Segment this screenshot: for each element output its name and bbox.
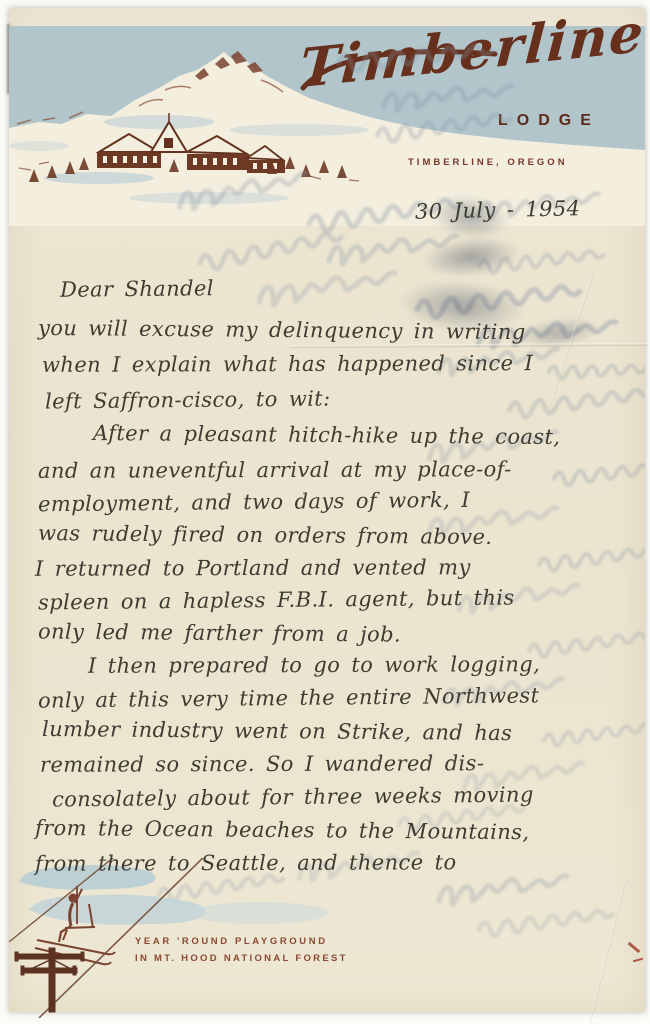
letter-line: only at this very time the entire Northw… bbox=[38, 683, 540, 712]
letter-line: when I explain what has happened since I bbox=[42, 351, 533, 377]
letter-salutation: Dear Shandel bbox=[60, 276, 214, 302]
letter-line: from the Ocean beaches to the Mountains, bbox=[35, 816, 530, 844]
letter-date: 30 July - 1954 bbox=[415, 196, 581, 223]
brand-lodge-label: LODGE bbox=[498, 112, 600, 130]
letter-line: left Saffron-cisco, to wit: bbox=[45, 387, 331, 414]
ink-smudge bbox=[419, 232, 523, 282]
letter-paper: Timberline LODGE TIMBERLINE, OREGON bbox=[9, 8, 645, 1012]
letterhead-location: TIMBERLINE, OREGON bbox=[408, 157, 568, 168]
letter-line: only led me farther from a job. bbox=[38, 619, 401, 646]
lift-tower bbox=[15, 948, 84, 1012]
cloud-blob bbox=[189, 902, 329, 924]
letter-line: lumber industry went on Strike, and has bbox=[42, 717, 512, 745]
letter-line: from there to Seattle, and thence to bbox=[35, 850, 457, 875]
letter-line: was rudely fired on orders from above. bbox=[38, 521, 493, 549]
ink-smudge bbox=[515, 312, 602, 353]
footer-tagline-line1: YEAR 'ROUND PLAYGROUND bbox=[135, 936, 328, 947]
letter-line: you will excuse my delinquency in writin… bbox=[38, 316, 526, 344]
letter-line: employment, and two days of work, I bbox=[38, 488, 470, 517]
red-pencil-mark bbox=[628, 942, 641, 953]
letter-line: After a pleasant hitch-hike up the coast… bbox=[93, 421, 561, 449]
letter-line: I returned to Portland and vented my bbox=[35, 555, 471, 581]
red-pencil-mark bbox=[633, 958, 643, 963]
letter-line: spleen on a hapless F.B.I. agent, but th… bbox=[38, 586, 515, 615]
fold-crease bbox=[589, 878, 627, 1024]
footer-tagline-line2: IN MT. HOOD NATIONAL FOREST bbox=[135, 953, 348, 964]
letter-line: remained so since. So I wandered dis- bbox=[40, 751, 484, 777]
cloud-blob bbox=[29, 895, 205, 925]
letter-line: I then prepared to go to work logging, bbox=[88, 652, 540, 678]
letter-line: and an uneventful arrival at my place-of… bbox=[38, 457, 512, 483]
letter-line: consolately about for three weeks moving bbox=[52, 782, 534, 811]
fold-crease bbox=[546, 273, 594, 416]
